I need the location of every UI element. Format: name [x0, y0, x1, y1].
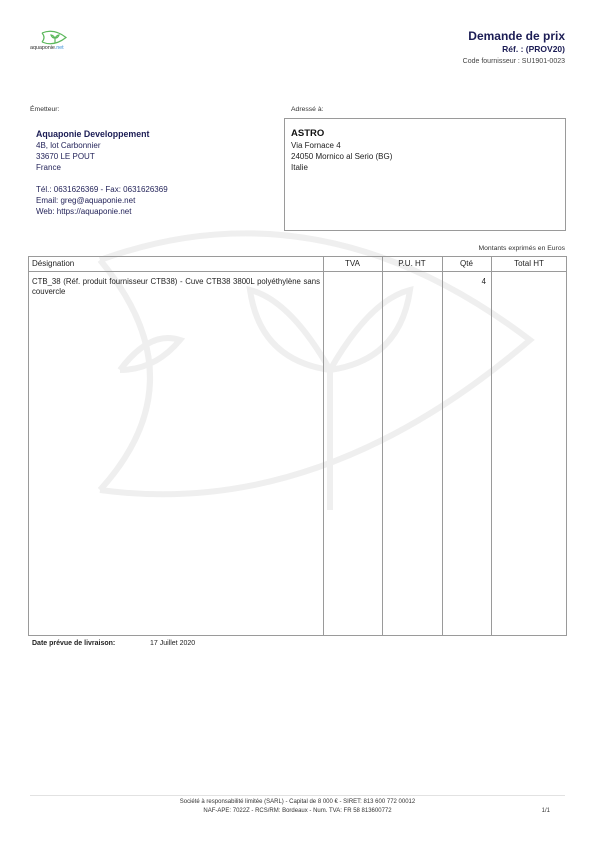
column-divider: [323, 257, 324, 635]
column-divider: [442, 257, 443, 635]
delivery-date-label: Date prévue de livraison:: [32, 640, 115, 647]
items-table: Désignation TVA P.U. HT Qté Total HT CTB…: [28, 256, 567, 636]
column-header-tva: TVA: [323, 259, 382, 268]
recipient-address-block: ASTRO Via Fornace 4 24050 Mornico al Ser…: [291, 128, 392, 173]
delivery-date-value: 17 Juillet 2020: [150, 640, 195, 647]
column-divider: [491, 257, 492, 635]
footer-legal-line-1: Société à responsabilité limitée (SARL) …: [0, 799, 595, 805]
recipient-address-line: Italie: [291, 162, 392, 173]
recipient-address-line: Via Fornace 4: [291, 140, 392, 151]
recipient-name: ASTRO: [291, 128, 392, 140]
page-number: 1/1: [542, 808, 550, 814]
company-logo: aquaponie.net: [30, 30, 80, 56]
fish-sprout-icon: [40, 30, 68, 45]
recipient-label: Adressé à:: [291, 106, 324, 113]
sender-email: Email: greg@aquaponie.net: [36, 195, 168, 206]
supplier-code: Code fournisseur : SU1901-0023: [463, 58, 565, 65]
recipient-address-line: 24050 Mornico al Serio (BG): [291, 151, 392, 162]
sender-address-line: 4B, lot Carbonnier: [36, 140, 168, 151]
sender-name: Aquaponie Developpement: [36, 128, 168, 140]
sender-address-line: 33670 LE POUT: [36, 151, 168, 162]
sender-address-line: France: [36, 162, 168, 173]
footer-divider: [30, 795, 565, 796]
document-reference: Réf. : (PROV20): [502, 44, 565, 54]
sender-phone-fax: Tél.: 0631626369 - Fax: 0631626369: [36, 184, 168, 195]
row-designation: CTB_38 (Réf. produit fournisseur CTB38) …: [32, 277, 320, 297]
column-header-designation: Désignation: [32, 259, 74, 268]
row-quantity: 4: [482, 277, 486, 287]
column-header-total: Total HT: [491, 259, 567, 268]
column-header-quantity: Qté: [442, 259, 491, 268]
logo-wordmark: aquaponie.net: [30, 45, 64, 51]
footer-legal-line-2: NAF-APE: 7022Z - RCS/RM: Bordeaux - Num.…: [0, 808, 595, 814]
sender-label: Émetteur:: [30, 106, 59, 113]
document-title: Demande de prix: [468, 29, 565, 43]
sender-address-block: Aquaponie Developpement 4B, lot Carbonni…: [36, 128, 168, 217]
currency-note: Montants exprimés en Euros: [478, 245, 565, 252]
column-divider: [382, 257, 383, 635]
sender-web: Web: https://aquaponie.net: [36, 206, 168, 217]
column-header-unit-price: P.U. HT: [382, 259, 442, 268]
